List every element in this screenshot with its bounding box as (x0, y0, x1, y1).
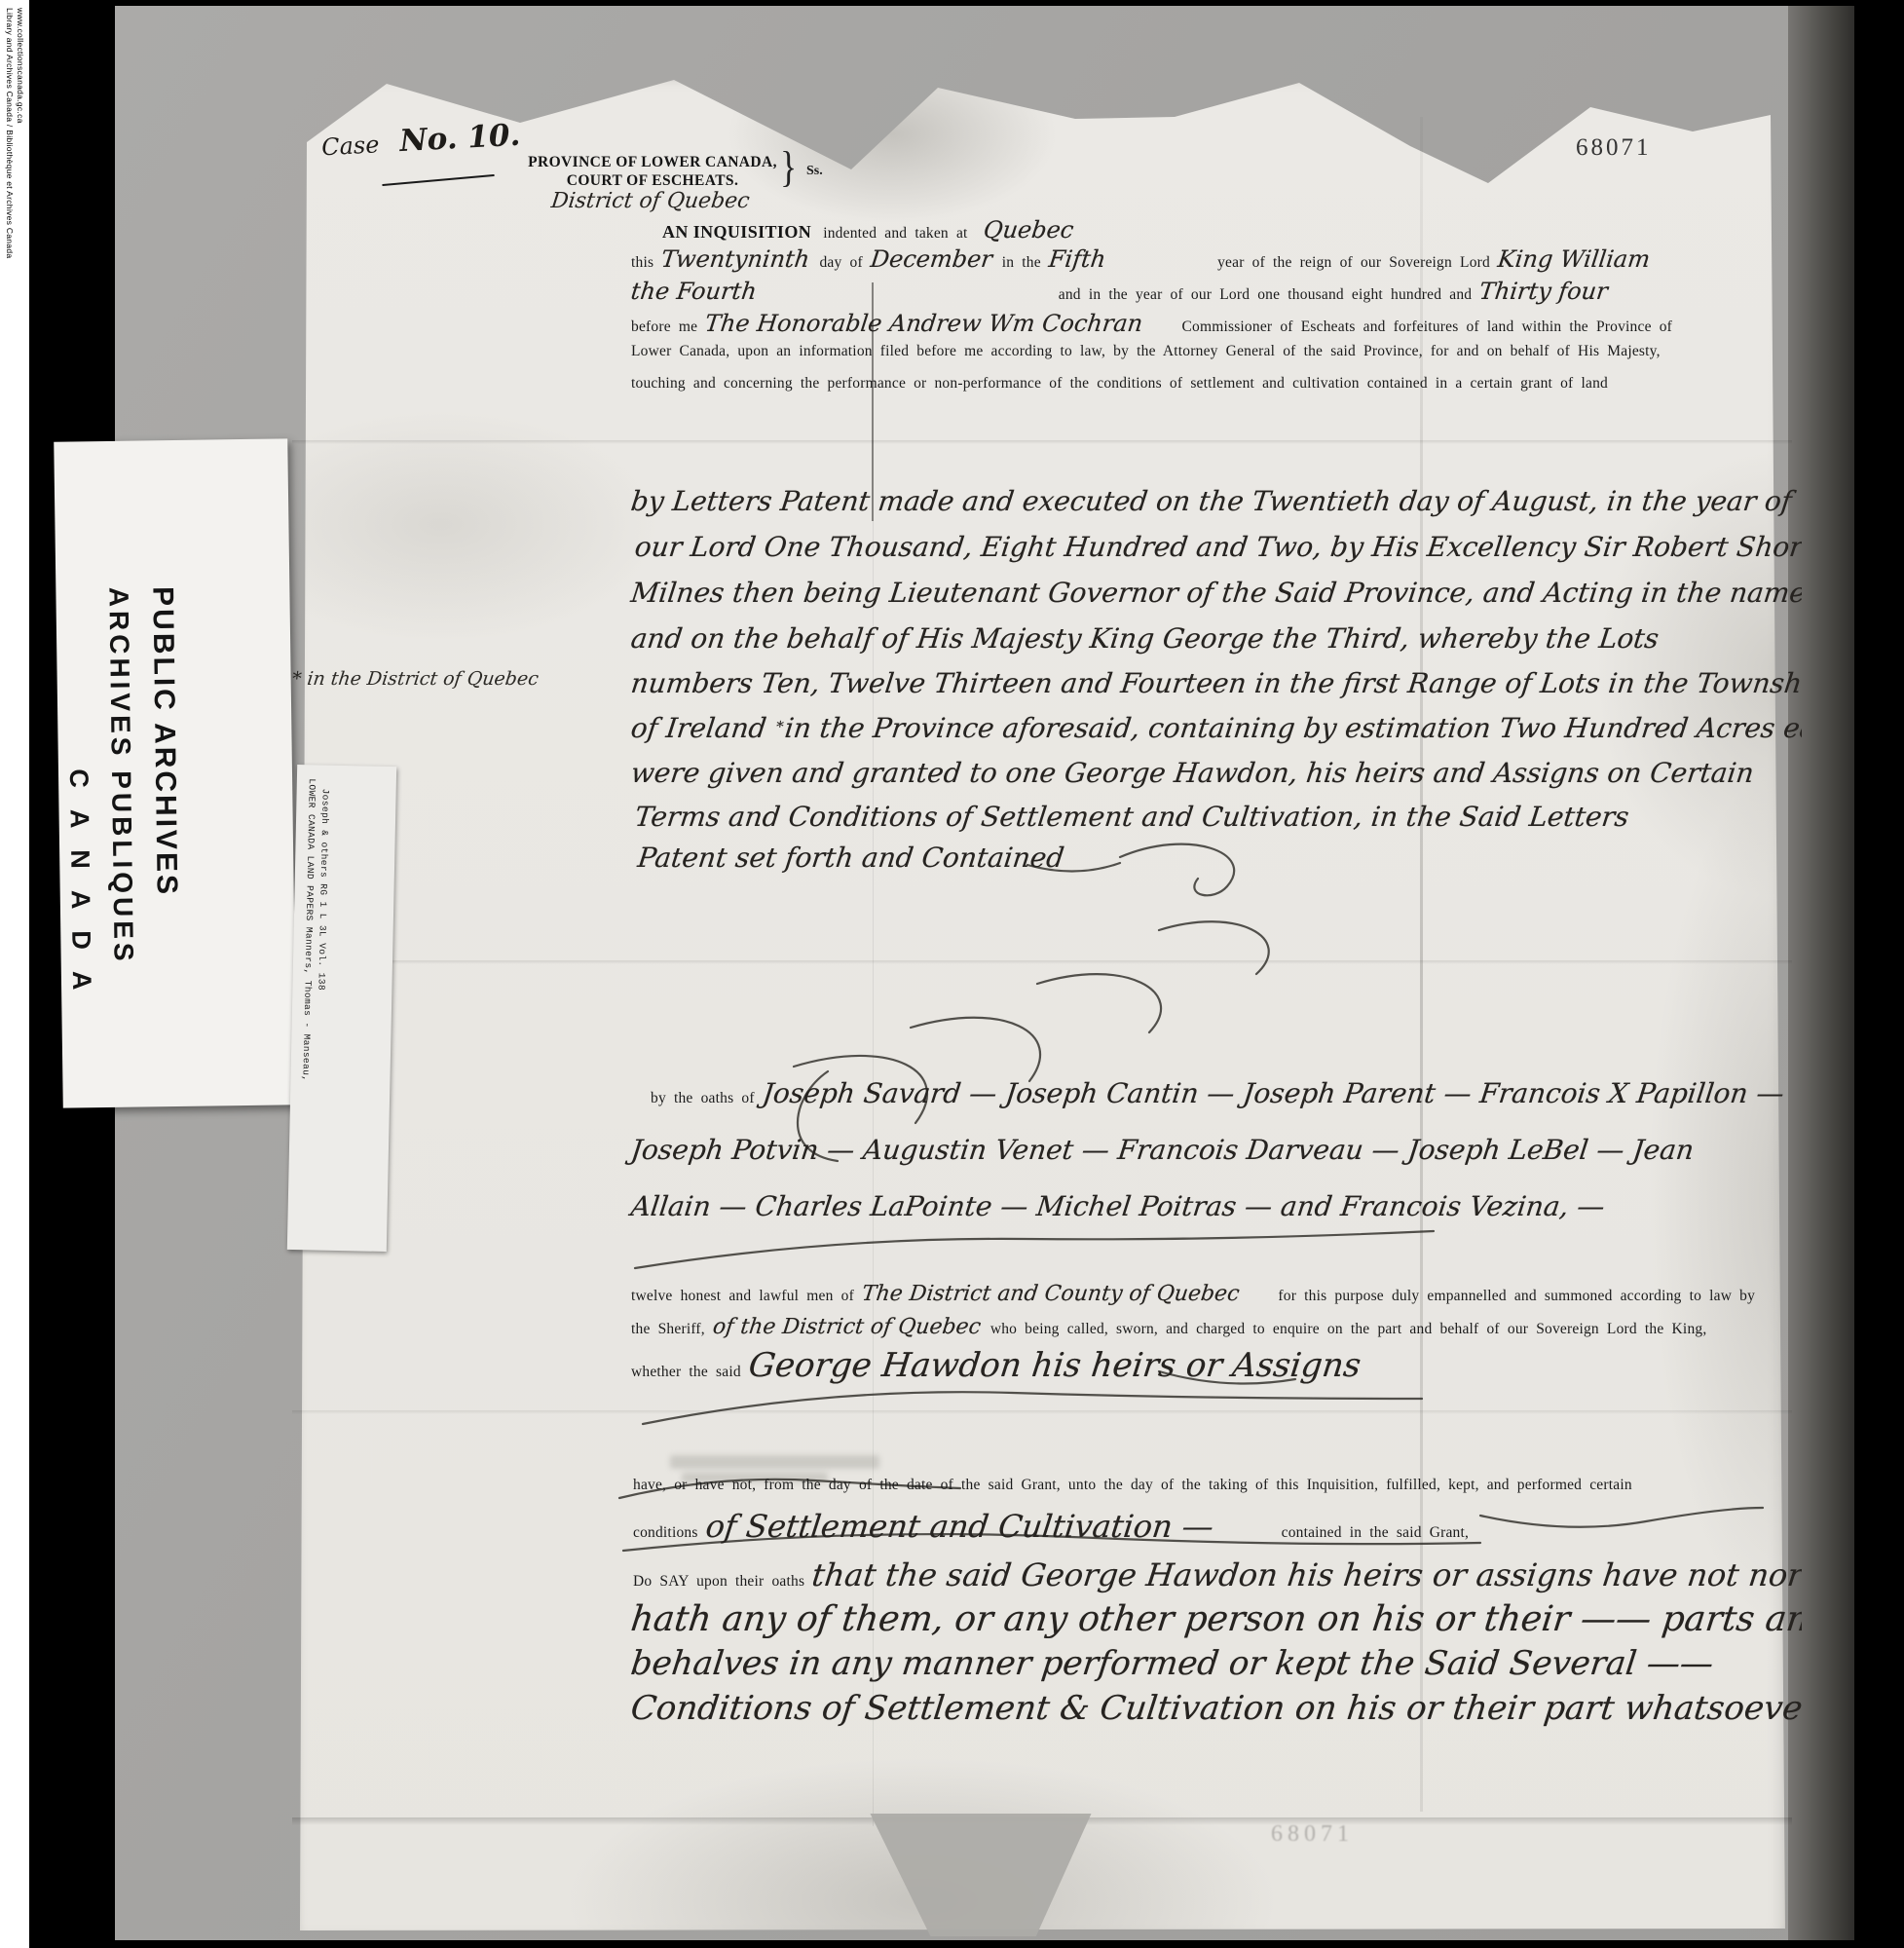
doc-line-ln-7: our Lord One Thousand, Eight Hundred and… (635, 531, 1802, 563)
doc-line-ln-25: behalves in any manner performed or kept… (631, 1644, 1723, 1683)
doc-line-ln-19: the Sheriff,of the District of Quebecwho… (631, 1315, 1714, 1339)
text-segment: King William (1496, 245, 1652, 273)
text-segment: The District and County of Quebec (860, 1282, 1241, 1306)
text-segment: our Lord One Thousand, Eight Hundred and… (633, 531, 1802, 563)
text-segment: contained in the said Grant, (1282, 1524, 1469, 1541)
doc-line-ln-23: Do SAY upon their oathsthat the said Geo… (633, 1556, 1802, 1593)
doc-line-ln-26: Conditions of Settlement & Cultivation o… (631, 1689, 1802, 1728)
credit-institution: Library and Archives Canada / Bibliothèq… (4, 8, 15, 1946)
text-segment: day of (819, 254, 862, 271)
doc-line-ln-10: numbers Ten, Twelve Thirteen and Fourtee… (631, 667, 1802, 699)
text-segment: Lower Canada, upon an information filed … (631, 343, 1661, 359)
card-line-english: PUBLIC ARCHIVES (139, 586, 191, 1107)
text-segment: Twentyninth (659, 245, 811, 273)
text-segment: Terms and Conditions of Settlement and C… (633, 801, 1631, 833)
archival-scan-page: Case No. 10. PROVINCE OF LOWER CANADA, C… (0, 0, 1904, 1948)
public-archives-card-text: PUBLIC ARCHIVES ARCHIVES PUBLIQUES CANAD… (54, 440, 204, 1108)
text-segment: twelve honest and lawful men of (631, 1288, 854, 1304)
text-segment: of the District of Quebec (711, 1315, 982, 1339)
doc-line-ln-5: touching and concerning the performance … (631, 375, 1616, 393)
doc-line-ln-11: of Ireland*in the Province aforesaid, co… (631, 712, 1802, 744)
doc-line-ln-18: twelve honest and lawful men ofThe Distr… (631, 1282, 1763, 1306)
public-archives-card: PUBLIC ARCHIVES ARCHIVES PUBLIQUES CANAD… (54, 438, 297, 1107)
text-segment: in the Province aforesaid, containing by… (783, 712, 1802, 744)
text-segment: Joseph Potvin — Augustin Venet — Francoi… (629, 1134, 1696, 1166)
text-segment: The Honorable Andrew Wm Cochran (703, 310, 1144, 337)
doc-line-ln-20: whether the saidGeorge Hawdon his heirs … (631, 1346, 1370, 1385)
text-segment: of Settlement and Cultivation — (703, 1508, 1215, 1545)
text-segment: by the oaths of (651, 1090, 755, 1106)
credit-strip: Library and Archives Canada / Bibliothèq… (0, 0, 29, 1948)
doc-line-ln-8: Milnes then being Lieutenant Governor of… (631, 577, 1802, 609)
text-segment: George Hawdon his heirs or Assigns (746, 1346, 1363, 1385)
doc-line-ln-17: Allain — Charles LaPointe — Michel Poitr… (631, 1190, 1615, 1222)
doc-line-ln-21: have, or have not, from the day of the d… (633, 1477, 1640, 1494)
text-segment: touching and concerning the performance … (631, 375, 1608, 392)
doc-line-ln-2: the Fourthand in the year of our Lord on… (631, 278, 1618, 305)
doc-line-ln-9: and on the behalf of His Majesty King Ge… (631, 622, 1668, 655)
doc-line-ln-16: Joseph Potvin — Augustin Venet — Francoi… (631, 1134, 1703, 1166)
doc-line-ln-3: before meThe Honorable Andrew Wm Cochran… (631, 310, 1680, 337)
text-segment: Joseph Savard — Joseph Cantin — Joseph P… (761, 1077, 1786, 1109)
text-segment: Fifth (1047, 245, 1107, 273)
doc-line-ln-15: by the oaths ofJoseph Savard — Joseph Ca… (651, 1077, 1793, 1109)
doc-line-ln-12: were given and granted to one George Haw… (631, 757, 1764, 789)
doc-line-ln-6: by Letters Patent made and executed on t… (631, 485, 1801, 517)
text-segment: hath any of them, or any other person on… (628, 1599, 1802, 1639)
text-segment: behalves in any manner performed or kept… (629, 1644, 1716, 1683)
catalogue-label: LOWER CANADA LAND PAPERS Manners, Thomas… (287, 765, 396, 1252)
card-line-canada: CANADA (56, 587, 103, 1108)
text-segment: December (869, 245, 993, 273)
text-segment: Conditions of Settlement & Cultivation o… (629, 1689, 1802, 1728)
text-segment: indented and taken at (815, 225, 975, 242)
text-segment: who being called, sworn, and charged to … (990, 1321, 1707, 1337)
text-segment: this (631, 254, 653, 271)
text-segment: Do SAY upon their oaths (633, 1573, 804, 1590)
text-segment: conditions (633, 1524, 698, 1541)
text-segment: in the (1002, 254, 1041, 271)
text-segment: and in the year of our Lord one thousand… (1059, 286, 1472, 303)
credit-url: www.collectionscanada.gc.ca (15, 8, 25, 1946)
text-segment: Milnes then being Lieutenant Governor of… (629, 577, 1802, 609)
doc-line-ln-13: Terms and Conditions of Settlement and C… (635, 801, 1638, 833)
text-segment: before me (631, 318, 697, 335)
doc-line-ln-4: Lower Canada, upon an information filed … (631, 343, 1668, 360)
doc-line-ln-24: hath any of them, or any other person on… (631, 1599, 1802, 1639)
text-segment: Quebec (982, 216, 1075, 243)
text-segment: for this purpose duly empannelled and su… (1278, 1288, 1755, 1304)
text-segment: year of the reign of our Sovereign Lord (1217, 254, 1490, 271)
text-segment: AN INQUISITION (662, 222, 811, 242)
card-line-french: ARCHIVES PUBLIQUES (96, 586, 146, 1107)
text-segment: Commissioner of Escheats and forfeitures… (1181, 318, 1672, 335)
doc-line-ln-22: conditionsof Settlement and Cultivation … (633, 1508, 1476, 1545)
credit-strip-text: Library and Archives Canada / Bibliothèq… (0, 0, 27, 1946)
text-segment: the Sheriff, (631, 1321, 705, 1337)
doc-line-ln-14: Patent set forth and Contained (638, 842, 1073, 874)
text-segment: that the said George Hawdon his heirs or… (810, 1556, 1802, 1593)
text-segment: numbers Ten, Twelve Thirteen and Fourtee… (629, 667, 1802, 699)
text-segment: and on the behalf of His Majesty King Ge… (629, 622, 1661, 655)
text-segment: of Ireland (629, 712, 768, 744)
text-segment: * (775, 718, 785, 735)
doc-line-ln-0: AN INQUISITION indented and taken at Que… (662, 216, 1083, 243)
text-segment: Patent set forth and Contained (636, 842, 1066, 874)
text-segment: Allain — Charles LaPointe — Michel Poitr… (629, 1190, 1607, 1222)
text-segment: by Letters Patent made and executed on t… (629, 485, 1793, 517)
doc-line-ln-1: thisTwentyninthday ofDecemberin theFifth… (631, 245, 1660, 273)
text-segment: were given and granted to one George Haw… (629, 757, 1756, 789)
text-segment: the Fourth (629, 278, 758, 305)
text-segment: have, or have not, from the day of the d… (633, 1477, 1632, 1493)
text-segment: whether the said (631, 1364, 741, 1380)
text-segment: Thirty four (1478, 278, 1610, 305)
